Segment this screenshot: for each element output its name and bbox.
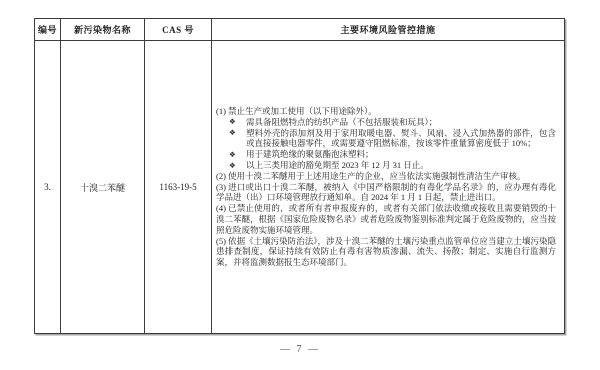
bullet-icon: ❖	[229, 117, 236, 128]
measure-item: ❖ 塑料外壳的添加剂及用于家用取暖电器、熨斗、风扇、浸入式加热器的部件，包含或直…	[216, 128, 556, 150]
measure-item: ❖ 用于建筑绝缘的聚氨酯泡沫塑料；	[216, 149, 556, 160]
measure-item: (5) 依据《土壤污染防治法》，涉及十溴二苯醚的土壤污染重点监管单位应当建立土壤…	[216, 236, 556, 268]
measure-item: ❖ 需具备阻燃特点的纺织产品（不包括服装和玩具）；	[216, 117, 556, 128]
table-row: 3. 十溴二苯醚 1163-19-5 (1) 禁止生产或加工使用（以下用途除外）…	[35, 41, 565, 334]
bullet-icon: ❖	[229, 128, 236, 139]
col-header-measures: 主要环境风险管控措施	[212, 19, 565, 41]
pollutant-table: 编号 新污染物名称 CAS 号 主要环境风险管控措施 3. 十溴二苯醚 1163…	[34, 18, 565, 334]
table-header-row: 编号 新污染物名称 CAS 号 主要环境风险管控措施	[35, 19, 565, 41]
measure-item: (1) 禁止生产或加工使用（以下用途除外）。	[216, 106, 556, 117]
measure-text: (1) 禁止生产或加工使用（以下用途除外）。	[216, 106, 377, 116]
measure-text: (2) 使用十溴二苯醚用于上述用途生产的企业，应当依法实施强制性清洁生产审核。	[216, 171, 526, 181]
page-number: — 7 —	[0, 344, 600, 355]
measures-cell: (1) 禁止生产或加工使用（以下用途除外）。 ❖ 需具备阻燃特点的纺织产品（不包…	[212, 41, 565, 334]
row-index: 3.	[35, 41, 61, 334]
col-header-cas: CAS 号	[145, 19, 212, 41]
measure-text: 用于建筑绝缘的聚氨酯泡沫塑料；	[246, 149, 374, 159]
measure-text: 塑料外壳的添加剂及用于家用取暖电器、熨斗、风扇、浸入式加热器的部件，包含或直接接…	[246, 128, 556, 149]
measure-text: (3) 进口或出口十溴二苯醚，被纳入《中国严格限制的有毒化学品名录》的，应办理有…	[216, 182, 556, 203]
cas-number: 1163-19-5	[145, 41, 212, 334]
measure-text: 以上三类用途的豁免期至 2023 年 12 月 31 日止。	[246, 160, 429, 170]
measure-item: (3) 进口或出口十溴二苯醚，被纳入《中国严格限制的有毒化学品名录》的，应办理有…	[216, 182, 556, 204]
measure-item: (4) 已禁止使用的，或者所有者申报废弃的，或者有关部门依法收缴或接收且需要销毁…	[216, 203, 556, 235]
bullet-icon: ❖	[229, 150, 236, 161]
measure-text: 需具备阻燃特点的纺织产品（不包括服装和玩具）；	[246, 117, 437, 127]
measure-item: ❖ 以上三类用途的豁免期至 2023 年 12 月 31 日止。	[216, 160, 556, 171]
measures-list: (1) 禁止生产或加工使用（以下用途除外）。 ❖ 需具备阻燃特点的纺织产品（不包…	[216, 106, 556, 268]
measure-item: (2) 使用十溴二苯醚用于上述用途生产的企业，应当依法实施强制性清洁生产审核。	[216, 171, 556, 182]
pollutant-name: 十溴二苯醚	[61, 41, 145, 334]
col-header-index: 编号	[35, 19, 61, 41]
bullet-icon: ❖	[229, 161, 236, 172]
measure-text: (4) 已禁止使用的，或者所有者申报废弃的，或者有关部门依法收缴或接收且需要销毁…	[216, 203, 556, 235]
col-header-pollutant-name: 新污染物名称	[61, 19, 145, 41]
document-page: 编号 新污染物名称 CAS 号 主要环境风险管控措施 3. 十溴二苯醚 1163…	[0, 0, 600, 370]
measure-text: (5) 依据《土壤污染防治法》，涉及十溴二苯醚的土壤污染重点监管单位应当建立土壤…	[216, 236, 556, 268]
